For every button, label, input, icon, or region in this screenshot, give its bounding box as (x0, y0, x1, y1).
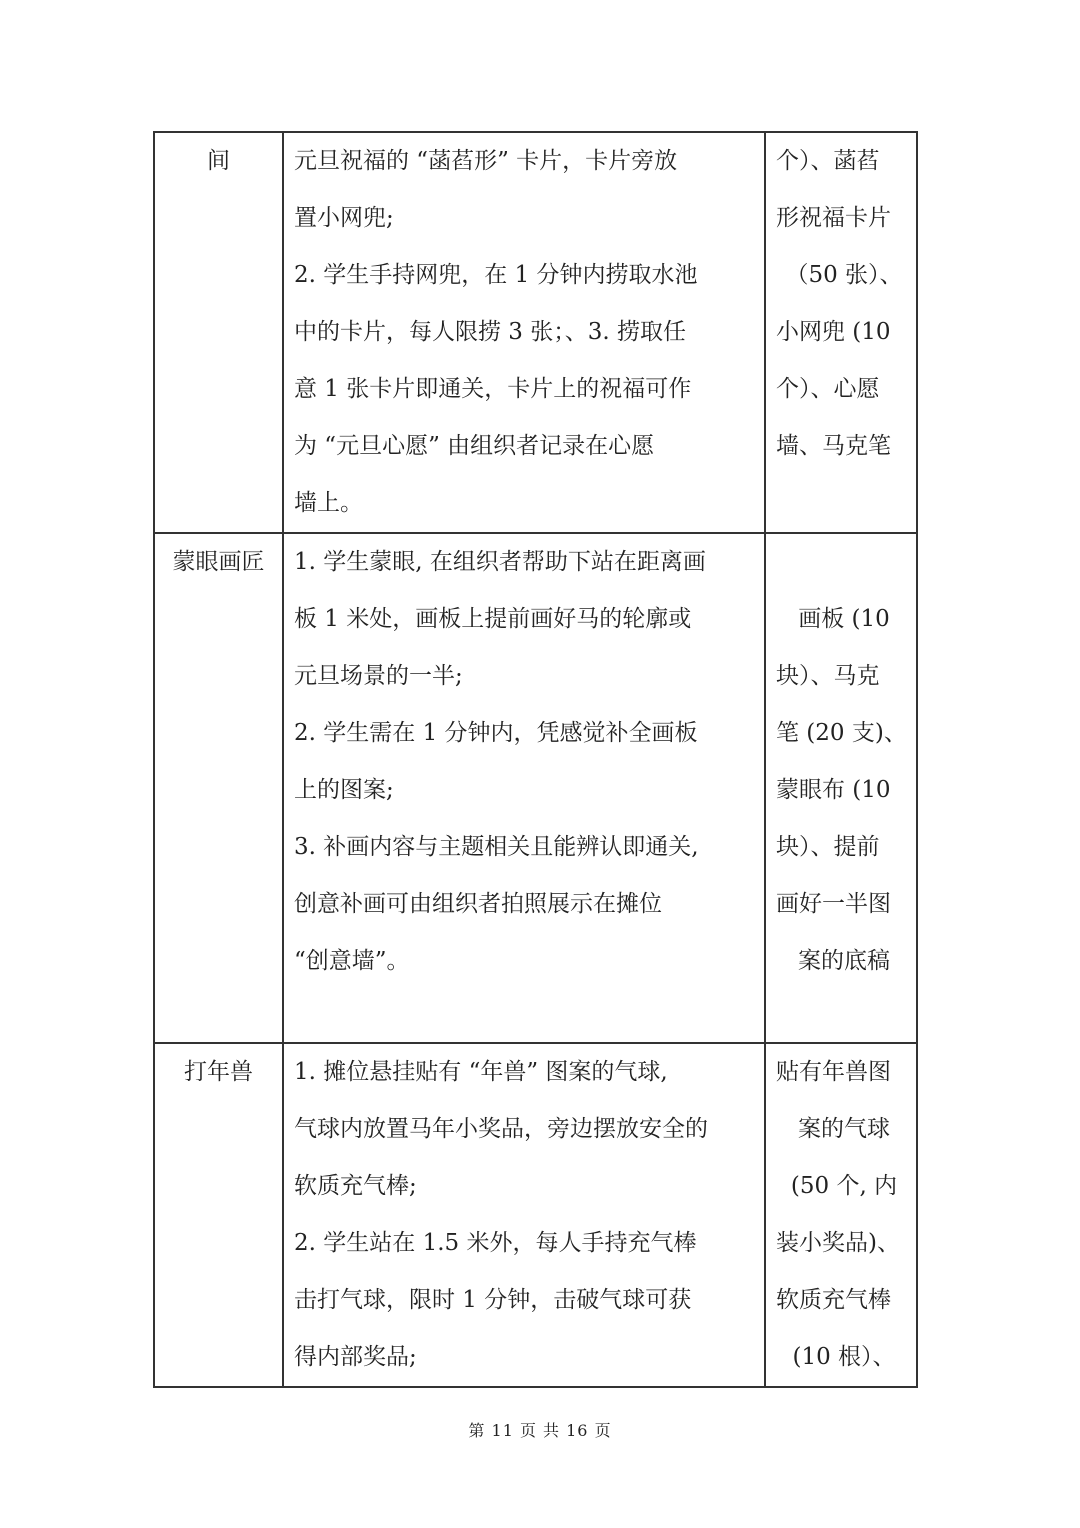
activity-name-cell: 蒙眼画匠 (154, 533, 283, 1043)
content-line: 元旦祝福的 “菡萏形” 卡片，卡片旁放 (294, 133, 756, 190)
materials-cell: 贴有年兽图 案的气球 (50 个, 内 装小奖品)、 软质充气棒 (10 根）、 (765, 1043, 917, 1387)
content-line: 上的图案; (294, 762, 756, 819)
activity-content-cell: 元旦祝福的 “菡萏形” 卡片，卡片旁放 置小网兜; 2. 学生手持网兜，在 1 … (283, 132, 765, 533)
activity-name: 打年兽 (155, 1044, 282, 1101)
materials-cell: 个）、菡萏 形祝福卡片 （50 张）、 小网兜 (10 个）、心愿 墙、马克笔 (765, 132, 917, 533)
activity-name-cell: 打年兽 (154, 1043, 283, 1387)
activity-name: 蒙眼画匠 (155, 534, 282, 591)
materials-cell: 画板 (10 块）、马克 笔 (20 支)、 蒙眼布 (10 块）、提前 画好一… (765, 533, 917, 1043)
materials-line: 画板 (10 (776, 591, 912, 648)
content-line: 中的卡片，每人限捞 3 张；、3. 捞取任 (294, 304, 756, 361)
materials-line: 形祝福卡片 (776, 190, 912, 247)
content-line: 击打气球，限时 1 分钟，击破气球可获 (294, 1272, 756, 1329)
materials-line: 墙、马克笔 (776, 418, 912, 475)
table-row: 蒙眼画匠 1. 学生蒙眼, 在组织者帮助下站在距离画 板 1 米处，画板上提前画… (154, 533, 917, 1043)
activity-content-cell: 1. 学生蒙眼, 在组织者帮助下站在距离画 板 1 米处，画板上提前画好马的轮廓… (283, 533, 765, 1043)
materials-line: 案的气球 (776, 1101, 912, 1158)
activity-name-cell: 间 (154, 132, 283, 533)
content-line: 置小网兜; (294, 190, 756, 247)
content-line: 软质充气棒; (294, 1158, 756, 1215)
materials-line: 笔 (20 支)、 (776, 705, 912, 762)
content-line: 创意补画可由组织者拍照展示在摊位 (294, 876, 756, 933)
content-line: 1. 学生蒙眼, 在组织者帮助下站在距离画 (294, 534, 756, 591)
content-line: 为 “元旦心愿” 由组织者记录在心愿 (294, 418, 756, 475)
activity-table: 间 元旦祝福的 “菡萏形” 卡片，卡片旁放 置小网兜; 2. 学生手持网兜，在 … (153, 131, 918, 1388)
content-line: 2. 学生手持网兜，在 1 分钟内捞取水池 (294, 247, 756, 304)
content-line: 气球内放置马年小奖品，旁边摆放安全的 (294, 1101, 756, 1158)
table-row: 打年兽 1. 摊位悬挂贴有 “年兽” 图案的气球, 气球内放置马年小奖品，旁边摆… (154, 1043, 917, 1387)
content-line: 墙上。 (294, 475, 756, 532)
materials-line: 案的底稿 (776, 933, 912, 990)
page-number-footer: 第 11 页 共 16 页 (0, 1418, 1080, 1441)
content-line: 得内部奖品; (294, 1329, 756, 1386)
materials-line: (10 根）、 (776, 1329, 912, 1386)
activity-name: 间 (155, 133, 282, 190)
document-page: 间 元旦祝福的 “菡萏形” 卡片，卡片旁放 置小网兜; 2. 学生手持网兜，在 … (0, 0, 1080, 1528)
materials-line: （50 张）、 (776, 247, 912, 304)
materials-line: 软质充气棒 (776, 1272, 912, 1329)
content-line: 板 1 米处，画板上提前画好马的轮廓或 (294, 591, 756, 648)
content-line: 2. 学生需在 1 分钟内，凭感觉补全画板 (294, 705, 756, 762)
materials-line: 个）、菡萏 (776, 133, 912, 190)
content-line: 元旦场景的一半; (294, 648, 756, 705)
materials-line (776, 534, 912, 591)
content-line: 3. 补画内容与主题相关且能辨认即通关, (294, 819, 756, 876)
materials-line: 贴有年兽图 (776, 1044, 912, 1101)
content-line: “创意墙”。 (294, 933, 756, 990)
materials-line: 块）、提前 (776, 819, 912, 876)
content-line: 2. 学生站在 1.5 米外，每人手持充气棒 (294, 1215, 756, 1272)
materials-line: 蒙眼布 (10 (776, 762, 912, 819)
table-row: 间 元旦祝福的 “菡萏形” 卡片，卡片旁放 置小网兜; 2. 学生手持网兜，在 … (154, 132, 917, 533)
activity-content-cell: 1. 摊位悬挂贴有 “年兽” 图案的气球, 气球内放置马年小奖品，旁边摆放安全的… (283, 1043, 765, 1387)
materials-line: 小网兜 (10 (776, 304, 912, 361)
content-line: 意 1 张卡片即通关，卡片上的祝福可作 (294, 361, 756, 418)
content-line: 1. 摊位悬挂贴有 “年兽” 图案的气球, (294, 1044, 756, 1101)
materials-line: 块）、马克 (776, 648, 912, 705)
materials-line: 画好一半图 (776, 876, 912, 933)
materials-line: (50 个, 内 (776, 1158, 912, 1215)
materials-line: 装小奖品)、 (776, 1215, 912, 1272)
materials-line: 个）、心愿 (776, 361, 912, 418)
